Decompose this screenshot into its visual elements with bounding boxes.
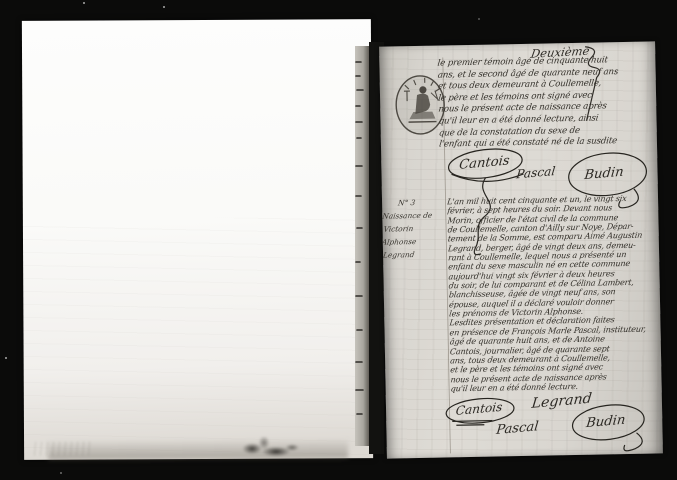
- closing-paragraph: le premier témoin âgé de cinquante huit …: [437, 54, 655, 151]
- margin-note-line: Victorin Alphonse: [381, 221, 447, 248]
- gutter-text-fragments: [355, 46, 370, 446]
- signature-legrand: Legrand: [531, 391, 593, 412]
- ink-stain: [228, 436, 308, 456]
- margin-note-line: Naissance de: [381, 208, 445, 222]
- show-through-texture: [23, 217, 373, 460]
- underlying-page-edge: [355, 46, 370, 446]
- manuscript-line: qu'il leur en a été donné lecture.: [450, 380, 661, 393]
- manuscript-page: Deuxième: [379, 41, 663, 458]
- scan-viewport: Deuxième: [0, 0, 677, 480]
- dust-speck: [83, 2, 85, 4]
- signature-cantois: Cantois: [458, 153, 510, 172]
- signature-pascal: Pascal: [516, 164, 556, 181]
- birth-act-paragraph: L'an mil huit cent cinquante et un, le v…: [447, 193, 661, 393]
- dust-speck: [478, 18, 480, 20]
- blank-left-page: [22, 19, 373, 460]
- margin-note: N° 3 Naissance de Victorin Alphonse Legr…: [382, 195, 445, 261]
- signature-budin: Budin: [584, 165, 625, 183]
- signature-pascal: Pascal: [495, 419, 539, 438]
- signature-cantois: Cantois: [455, 400, 503, 418]
- dust-speck: [163, 6, 165, 8]
- dust-speck: [5, 357, 7, 359]
- signature-budin: Budin: [585, 413, 626, 431]
- dust-speck: [60, 472, 62, 474]
- margin-note-line: Legrand: [382, 247, 446, 261]
- act-number: N° 3: [381, 195, 445, 209]
